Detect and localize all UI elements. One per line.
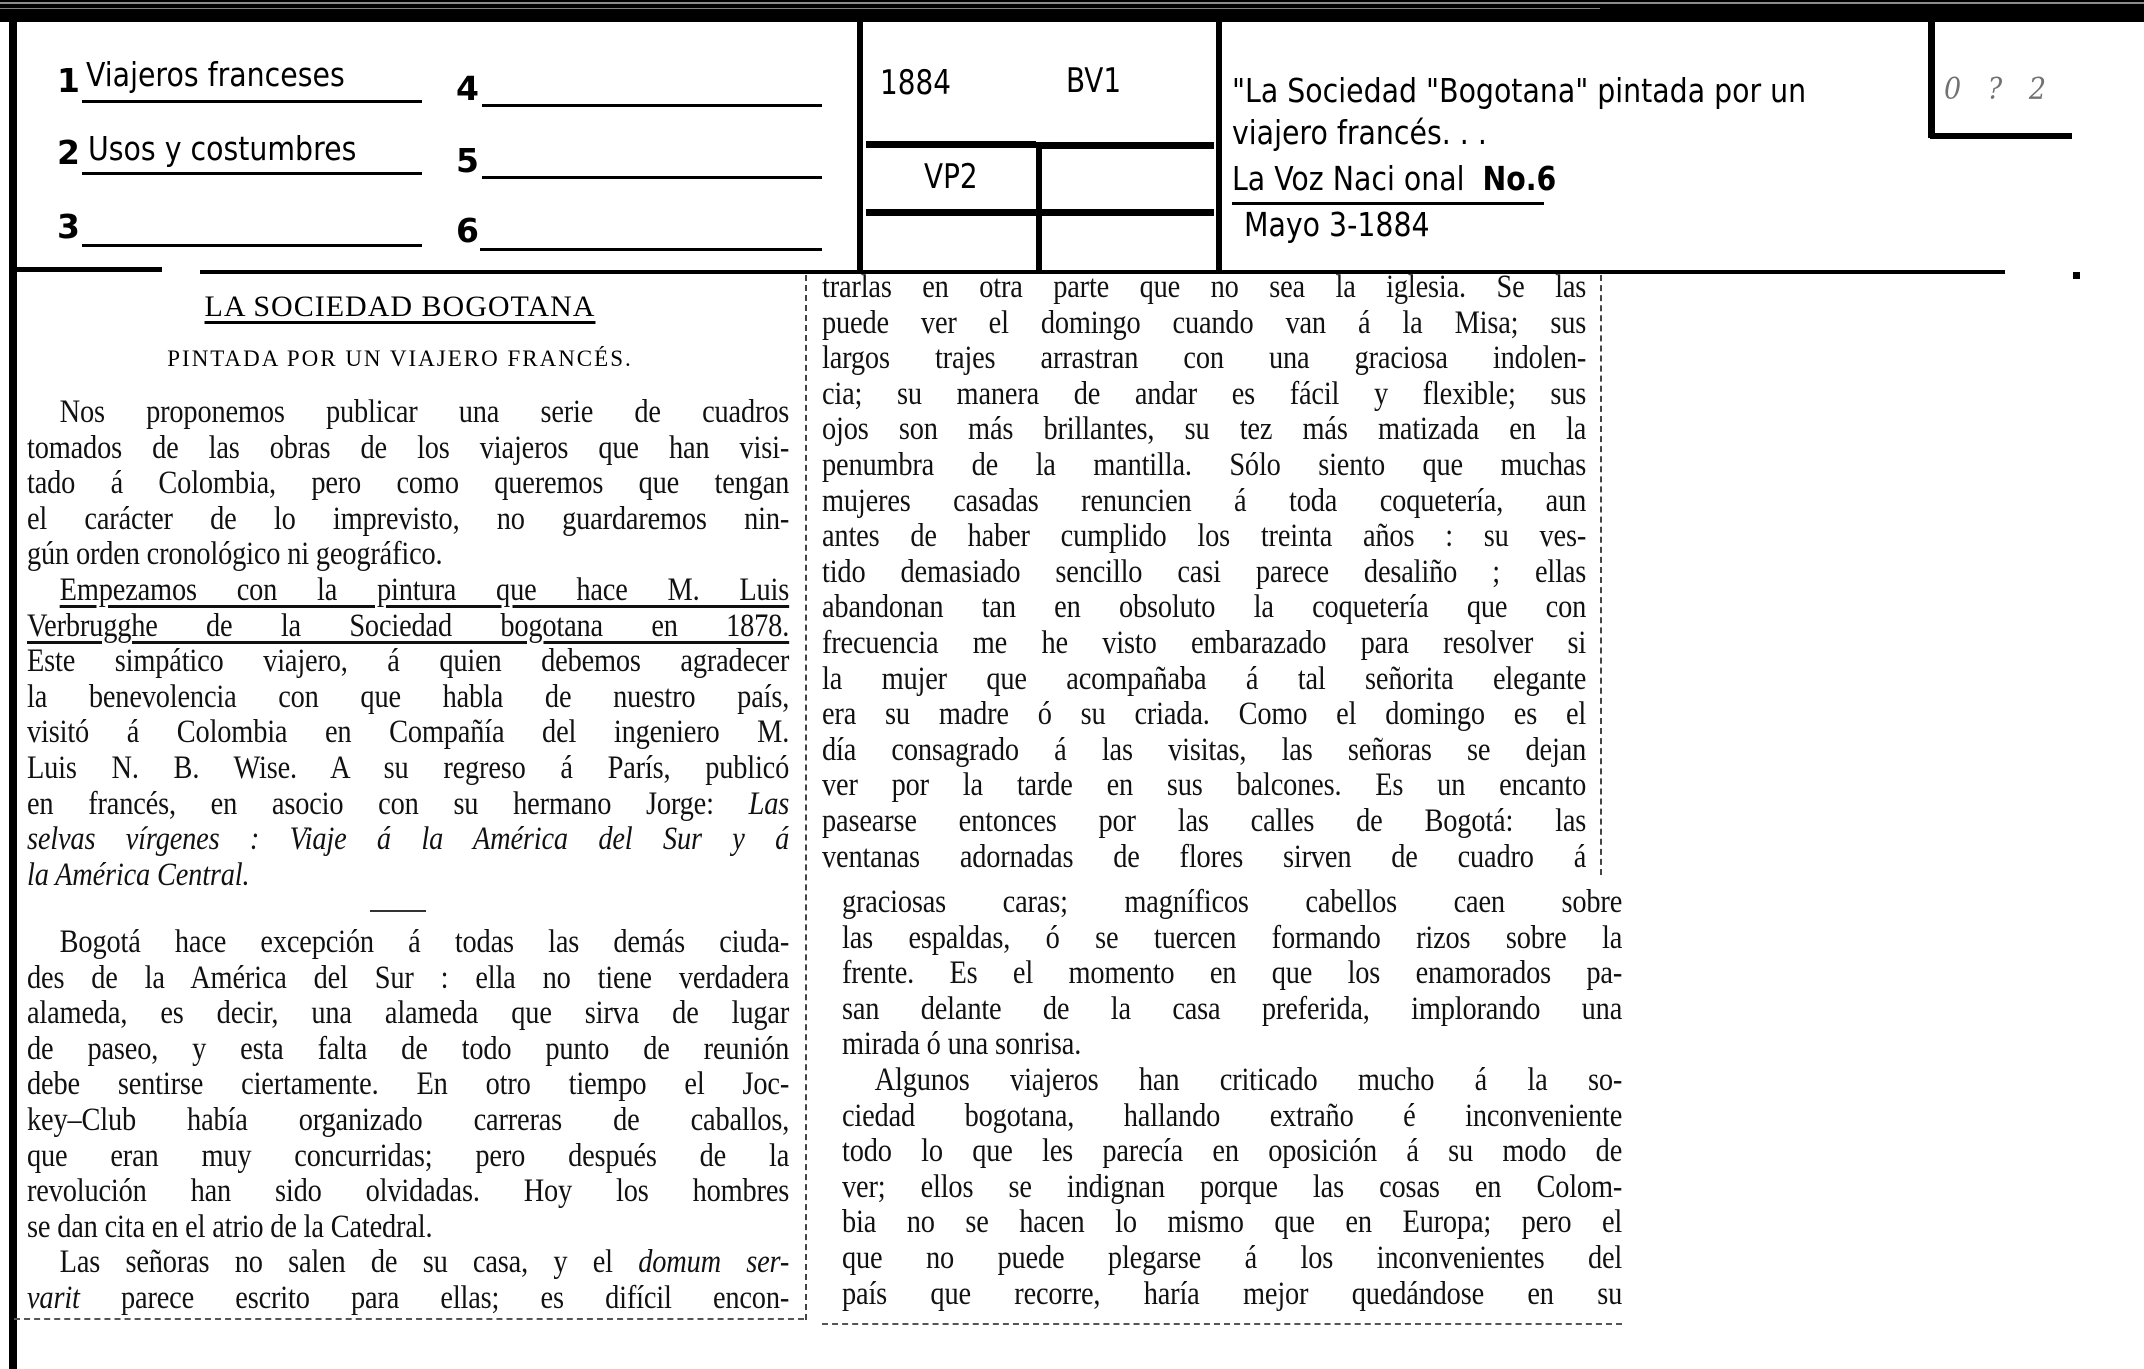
text-line: ventanas adornadas de flores sirven de c… <box>822 840 1586 876</box>
subject-number: 6 <box>456 214 479 247</box>
text-line: de paseo, y esta falta de todo punto de … <box>27 1032 789 1068</box>
text-line: país que recorre, haría mejor quedándose… <box>842 1277 1622 1313</box>
text-line: trarlas en otra parte que no sea la igle… <box>822 270 1586 306</box>
issue-number: No.6 <box>1483 159 1557 198</box>
text-line: el carácter de lo imprevisto, no guardar… <box>27 502 789 538</box>
citation-source: La Voz Naci onal No.6 <box>1232 162 1556 196</box>
classification-code-bv1: BV1 <box>1066 64 1121 98</box>
header-bottom-rule <box>14 267 162 272</box>
text-line: san delante de la casa preferida, implor… <box>842 992 1622 1028</box>
text-line: graciosas caras; magníficos cabellos cae… <box>842 885 1622 921</box>
citation-title-line-2: viajero francés. . . <box>1232 116 1487 150</box>
subject-field-2[interactable]: Usos y costumbres <box>88 132 356 166</box>
text-line: pasearse entonces por las calles de Bogo… <box>822 804 1586 840</box>
text-line: que no puede plegarse á los inconvenient… <box>842 1241 1622 1277</box>
text-line: la benevolencia con que habla de nuestro… <box>27 680 789 716</box>
article-title: LA SOCIEDAD BOGOTANA <box>160 290 640 324</box>
citation-title-line-1: "La Sociedad "Bogotana" pintada por un <box>1232 74 1806 108</box>
subject-line <box>82 244 422 247</box>
subject-line <box>482 176 822 179</box>
subject-line <box>482 104 822 107</box>
scan-mark <box>2073 272 2080 279</box>
text-line: en francés, en asocio con su hermano Jor… <box>27 787 789 823</box>
clipping-cut-edge <box>1600 275 1602 875</box>
text-line: cia; su manera de andar es fácil y flexi… <box>822 377 1586 413</box>
code-box-inner-border <box>1036 148 1042 273</box>
text-line: mirada ó una sonrisa. <box>842 1027 1622 1063</box>
text-line: visitó á Colombia en Compañía del ingeni… <box>27 715 789 751</box>
text-line: gún orden cronológico ni geográfico. <box>27 537 789 573</box>
code-box-right-border <box>1216 18 1222 270</box>
subject-line <box>82 172 422 175</box>
text-line: antes de haber cumplido los treinta años… <box>822 519 1586 555</box>
subject-line <box>480 248 822 251</box>
text-line: frente. Es el momento en que los enamora… <box>842 956 1622 992</box>
text-line-underlined: Empezamos con la pintura que hace M. Lui… <box>27 573 789 609</box>
text-line: varit parece escrito para ellas; es difí… <box>27 1281 789 1317</box>
section-separator <box>370 910 426 912</box>
text-line: des de la América del Sur : ella no tien… <box>27 961 789 997</box>
text-line: Este simpático viajero, á quien debemos … <box>27 644 789 680</box>
text-line: Algunos viajeros han criticado mucho á l… <box>842 1063 1622 1099</box>
column-divider <box>805 275 807 1320</box>
text-line: todo lo que les parecía en oposición á s… <box>842 1134 1622 1170</box>
article-subtitle: PINTADA POR UN VIAJERO FRANCÉS. <box>70 346 730 372</box>
article-column-2: trarlas en otra parte que no sea la igle… <box>822 270 1586 875</box>
article-column-1: Nos proponemos publicar una serie de cua… <box>27 395 789 893</box>
text-line: puede ver el domingo cuando van á la Mis… <box>822 306 1586 342</box>
code-box-left-border <box>857 18 863 273</box>
article-title-wrap: LA SOCIEDAD BOGOTANA <box>160 290 640 324</box>
text-line: alameda, es decir, una alameda que sirva… <box>27 996 789 1032</box>
text-line: se dan cita en el atrio de la Catedral. <box>27 1210 789 1246</box>
text-line: debe sentirse ciertamente. En otro tiemp… <box>27 1067 789 1103</box>
article-subtitle-wrap: PINTADA POR UN VIAJERO FRANCÉS. <box>70 346 730 372</box>
stamp-box-bottom-border <box>1930 133 2072 139</box>
text-line: tado á Colombia, pero como queremos que … <box>27 466 789 502</box>
text-line: key–Club había organizado carreras de ca… <box>27 1103 789 1139</box>
scan-noise <box>0 2 2144 4</box>
publication-name: La Voz Naci onal <box>1232 159 1464 198</box>
text-line: mujeres casadas renuncien á toda coquete… <box>822 484 1586 520</box>
article-column-1-continued: Bogotá hace excepción á todas las demás … <box>27 925 789 1317</box>
year-code: 1884 <box>880 66 951 100</box>
subject-field-1[interactable]: Viajeros franceses <box>86 58 345 92</box>
scan-noise <box>0 8 1600 9</box>
subject-number: 5 <box>456 144 479 177</box>
citation-date: Mayo 3-1884 <box>1244 208 1430 242</box>
text-line: ver; ellos se indignan porque las cosas … <box>842 1170 1622 1206</box>
text-line: bia no se hacen lo mismo que en Europa; … <box>842 1205 1622 1241</box>
classification-code-vp2: VP2 <box>924 160 978 194</box>
stamp-box-left-border <box>1928 18 1935 138</box>
text-line: tomados de las obras de los viajeros que… <box>27 431 789 467</box>
text-line-underlined: Verbrugghe de la Sociedad bogotana en 18… <box>27 609 789 645</box>
text-line: las espaldas, ó se tuercen formando rizo… <box>842 921 1622 957</box>
text-line: tido demasiado sencillo casi parece desa… <box>822 555 1586 591</box>
text-line: Las señoras no salen de su casa, y el do… <box>27 1245 789 1281</box>
text-line: penumbra de la mantilla. Sólo siento que… <box>822 448 1586 484</box>
text-line: abandonan tan en obsoluto la coquetería … <box>822 590 1586 626</box>
text-line: revolución han sido olvidadas. Hoy los h… <box>27 1174 789 1210</box>
text-line: era su madre ó su criada. Como el doming… <box>822 697 1586 733</box>
subject-line <box>82 100 422 103</box>
subject-number: 1 <box>57 64 80 97</box>
clipping-cut-edge <box>822 1323 1622 1325</box>
subject-number: 2 <box>57 136 80 169</box>
text-line: la mujer que acompañaba á tal señorita e… <box>822 662 1586 698</box>
subject-number: 4 <box>456 72 479 105</box>
clipping-cut-edge <box>14 1318 804 1320</box>
text-line-italic: selvas vírgenes : Viaje á la América del… <box>27 822 789 858</box>
subject-number: 3 <box>57 210 80 243</box>
article-column-2-continued: graciosas caras; magníficos cabellos cae… <box>842 885 1622 1312</box>
text-line: día consagrado á las visitas, las señora… <box>822 733 1586 769</box>
text-line: frecuencia me he visto embarazado para r… <box>822 626 1586 662</box>
text-line: que eran muy concurridas; pero después d… <box>27 1139 789 1175</box>
code-box-divider <box>1036 142 1214 149</box>
text-line: ver por la tarde en sus balcones. Es un … <box>822 768 1586 804</box>
text-line: Bogotá hace excepción á todas las demás … <box>27 925 789 961</box>
text-line-italic: la América Central. <box>27 858 789 894</box>
code-box-divider <box>866 141 1036 148</box>
text-line: ojos son más brillantes, su tez más mati… <box>822 412 1586 448</box>
faded-stamp-number: 0 ? 2 <box>1944 72 2055 107</box>
text-line: Luis N. B. Wise. A su regreso á París, p… <box>27 751 789 787</box>
card-left-border <box>9 14 17 1369</box>
text-line: largos trajes arrastran con una graciosa… <box>822 341 1586 377</box>
text-line: Nos proponemos publicar una serie de cua… <box>27 395 789 431</box>
text-line: ciedad bogotana, hallando extraño é inco… <box>842 1099 1622 1135</box>
